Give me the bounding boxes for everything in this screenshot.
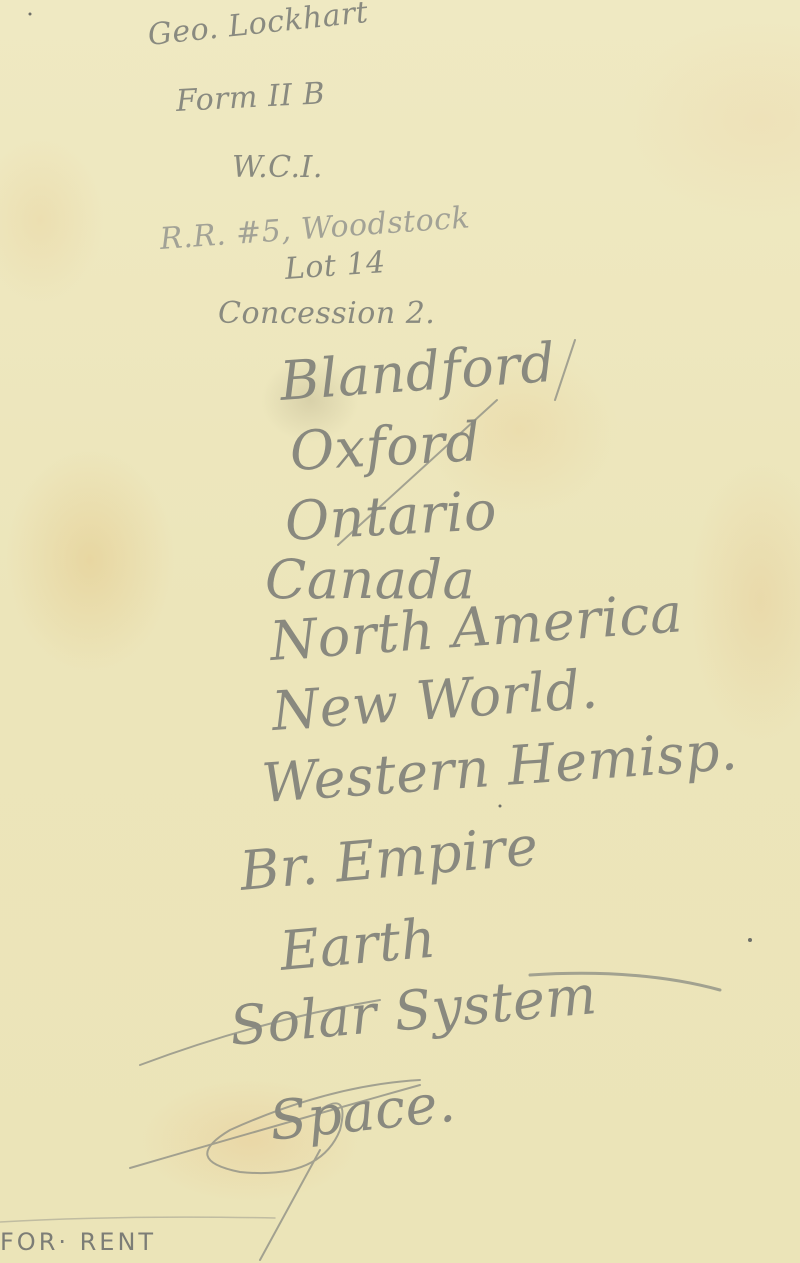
footer-note: FOR· RENT xyxy=(0,1228,156,1256)
line-lot: Lot 14 xyxy=(284,245,387,287)
line-school: W.C.I. xyxy=(232,150,323,185)
line-province: Ontario xyxy=(283,479,498,553)
line-county: Oxford xyxy=(288,410,482,483)
line-concession: Concession 2. xyxy=(218,296,435,331)
